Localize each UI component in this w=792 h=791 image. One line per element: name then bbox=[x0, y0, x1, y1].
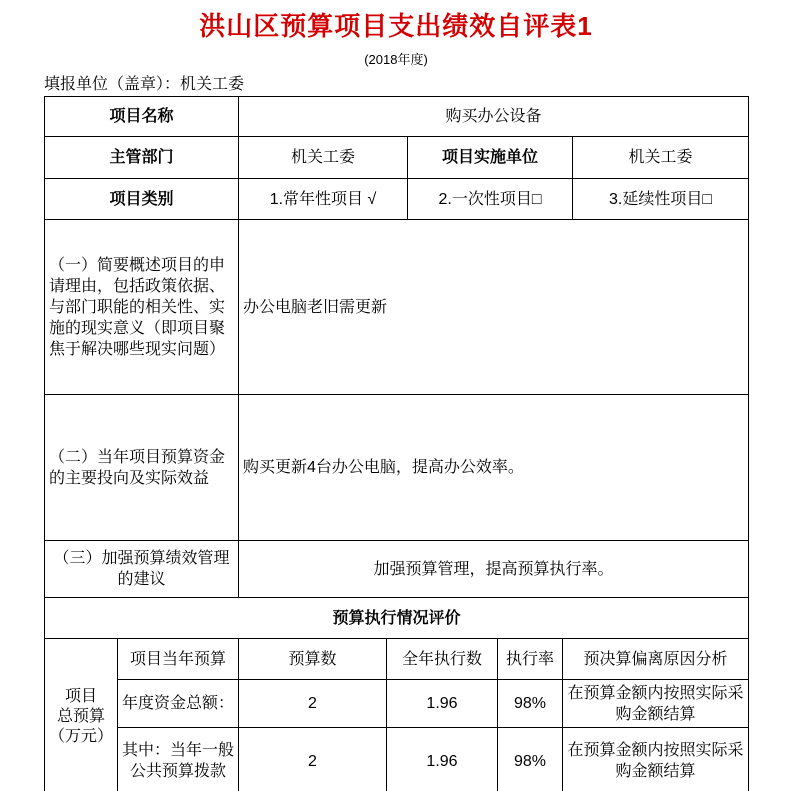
category-option-annual: 1.常年性项目 √ bbox=[239, 179, 408, 220]
section2-label: （二）当年项目预算资金的主要投向及实际效益 bbox=[45, 395, 239, 541]
row-general-label: 其中：当年一般公共预算拨款 bbox=[118, 728, 239, 791]
section1-value: 办公电脑老旧需更新 bbox=[239, 220, 749, 395]
section1-label: （一）简要概述项目的申请理由，包括政策依据、与部门职能的相关性、实施的现实意义（… bbox=[45, 220, 239, 395]
col-header-execution-rate: 执行率 bbox=[498, 639, 563, 680]
report-unit-line: 填报单位（盖章）：机关工委 bbox=[44, 75, 748, 94]
impl-unit-label: 项目实施单位 bbox=[408, 137, 573, 179]
project-summary-table: 项目名称 购买办公设备 主管部门 机关工委 项目实施单位 机关工委 项目类别 1… bbox=[44, 96, 749, 639]
row-general-budget: 2 bbox=[239, 728, 387, 791]
col-header-executed-amount: 全年执行数 bbox=[387, 639, 498, 680]
col-header-current-budget: 项目当年预算 bbox=[118, 639, 239, 680]
row-total-analysis: 在预算金额内按照实际采购金额结算 bbox=[563, 680, 749, 728]
table-row: 年度资金总额： 2 1.96 98% 在预算金额内按照实际采购金额结算 bbox=[45, 680, 749, 728]
budget-group-label-line3: （万元） bbox=[49, 727, 113, 747]
impl-unit-value: 机关工委 bbox=[573, 137, 749, 179]
budget-group-label: 项目 总预算 （万元） bbox=[45, 639, 118, 791]
category-label: 项目类别 bbox=[45, 179, 239, 220]
row-total-rate: 98% bbox=[498, 680, 563, 728]
col-header-deviation-analysis: 预决算偏离原因分析 bbox=[563, 639, 749, 680]
budget-group-label-line2: 总预算 bbox=[49, 707, 113, 727]
execution-table: 项目 总预算 （万元） 项目当年预算 预算数 全年执行数 执行率 预决算偏离原因… bbox=[44, 638, 749, 791]
dept-value: 机关工委 bbox=[239, 137, 408, 179]
col-header-budget-amount: 预算数 bbox=[239, 639, 387, 680]
project-name-label: 项目名称 bbox=[45, 97, 239, 137]
category-option-continuing: 3.延续性项目□ bbox=[573, 179, 749, 220]
row-total-budget: 2 bbox=[239, 680, 387, 728]
project-name-value: 购买办公设备 bbox=[239, 97, 749, 137]
dept-label: 主管部门 bbox=[45, 137, 239, 179]
budget-group-label-line1: 项目 bbox=[49, 687, 113, 707]
section2-value: 购买更新4台办公电脑，提高办公效率。 bbox=[239, 395, 749, 541]
row-general-executed: 1.96 bbox=[387, 728, 498, 791]
row-total-executed: 1.96 bbox=[387, 680, 498, 728]
document-page: 洪山区预算项目支出绩效自评表1 (2018年度) 填报单位（盖章）：机关工委 项… bbox=[0, 0, 792, 791]
section3-label: （三）加强预算绩效管理的建议 bbox=[45, 541, 239, 598]
execution-section-title: 预算执行情况评价 bbox=[45, 598, 749, 639]
table-row: 其中：当年一般公共预算拨款 2 1.96 98% 在预算金额内按照实际采购金额结… bbox=[45, 728, 749, 791]
section3-value: 加强预算管理，提高预算执行率。 bbox=[239, 541, 749, 598]
row-general-rate: 98% bbox=[498, 728, 563, 791]
page-subtitle: (2018年度) bbox=[0, 52, 792, 68]
row-general-analysis: 在预算金额内按照实际采购金额结算 bbox=[563, 728, 749, 791]
page-title: 洪山区预算项目支出绩效自评表1 bbox=[0, 0, 792, 42]
row-total-label: 年度资金总额： bbox=[118, 680, 239, 728]
category-option-onetime: 2.一次性项目□ bbox=[408, 179, 573, 220]
